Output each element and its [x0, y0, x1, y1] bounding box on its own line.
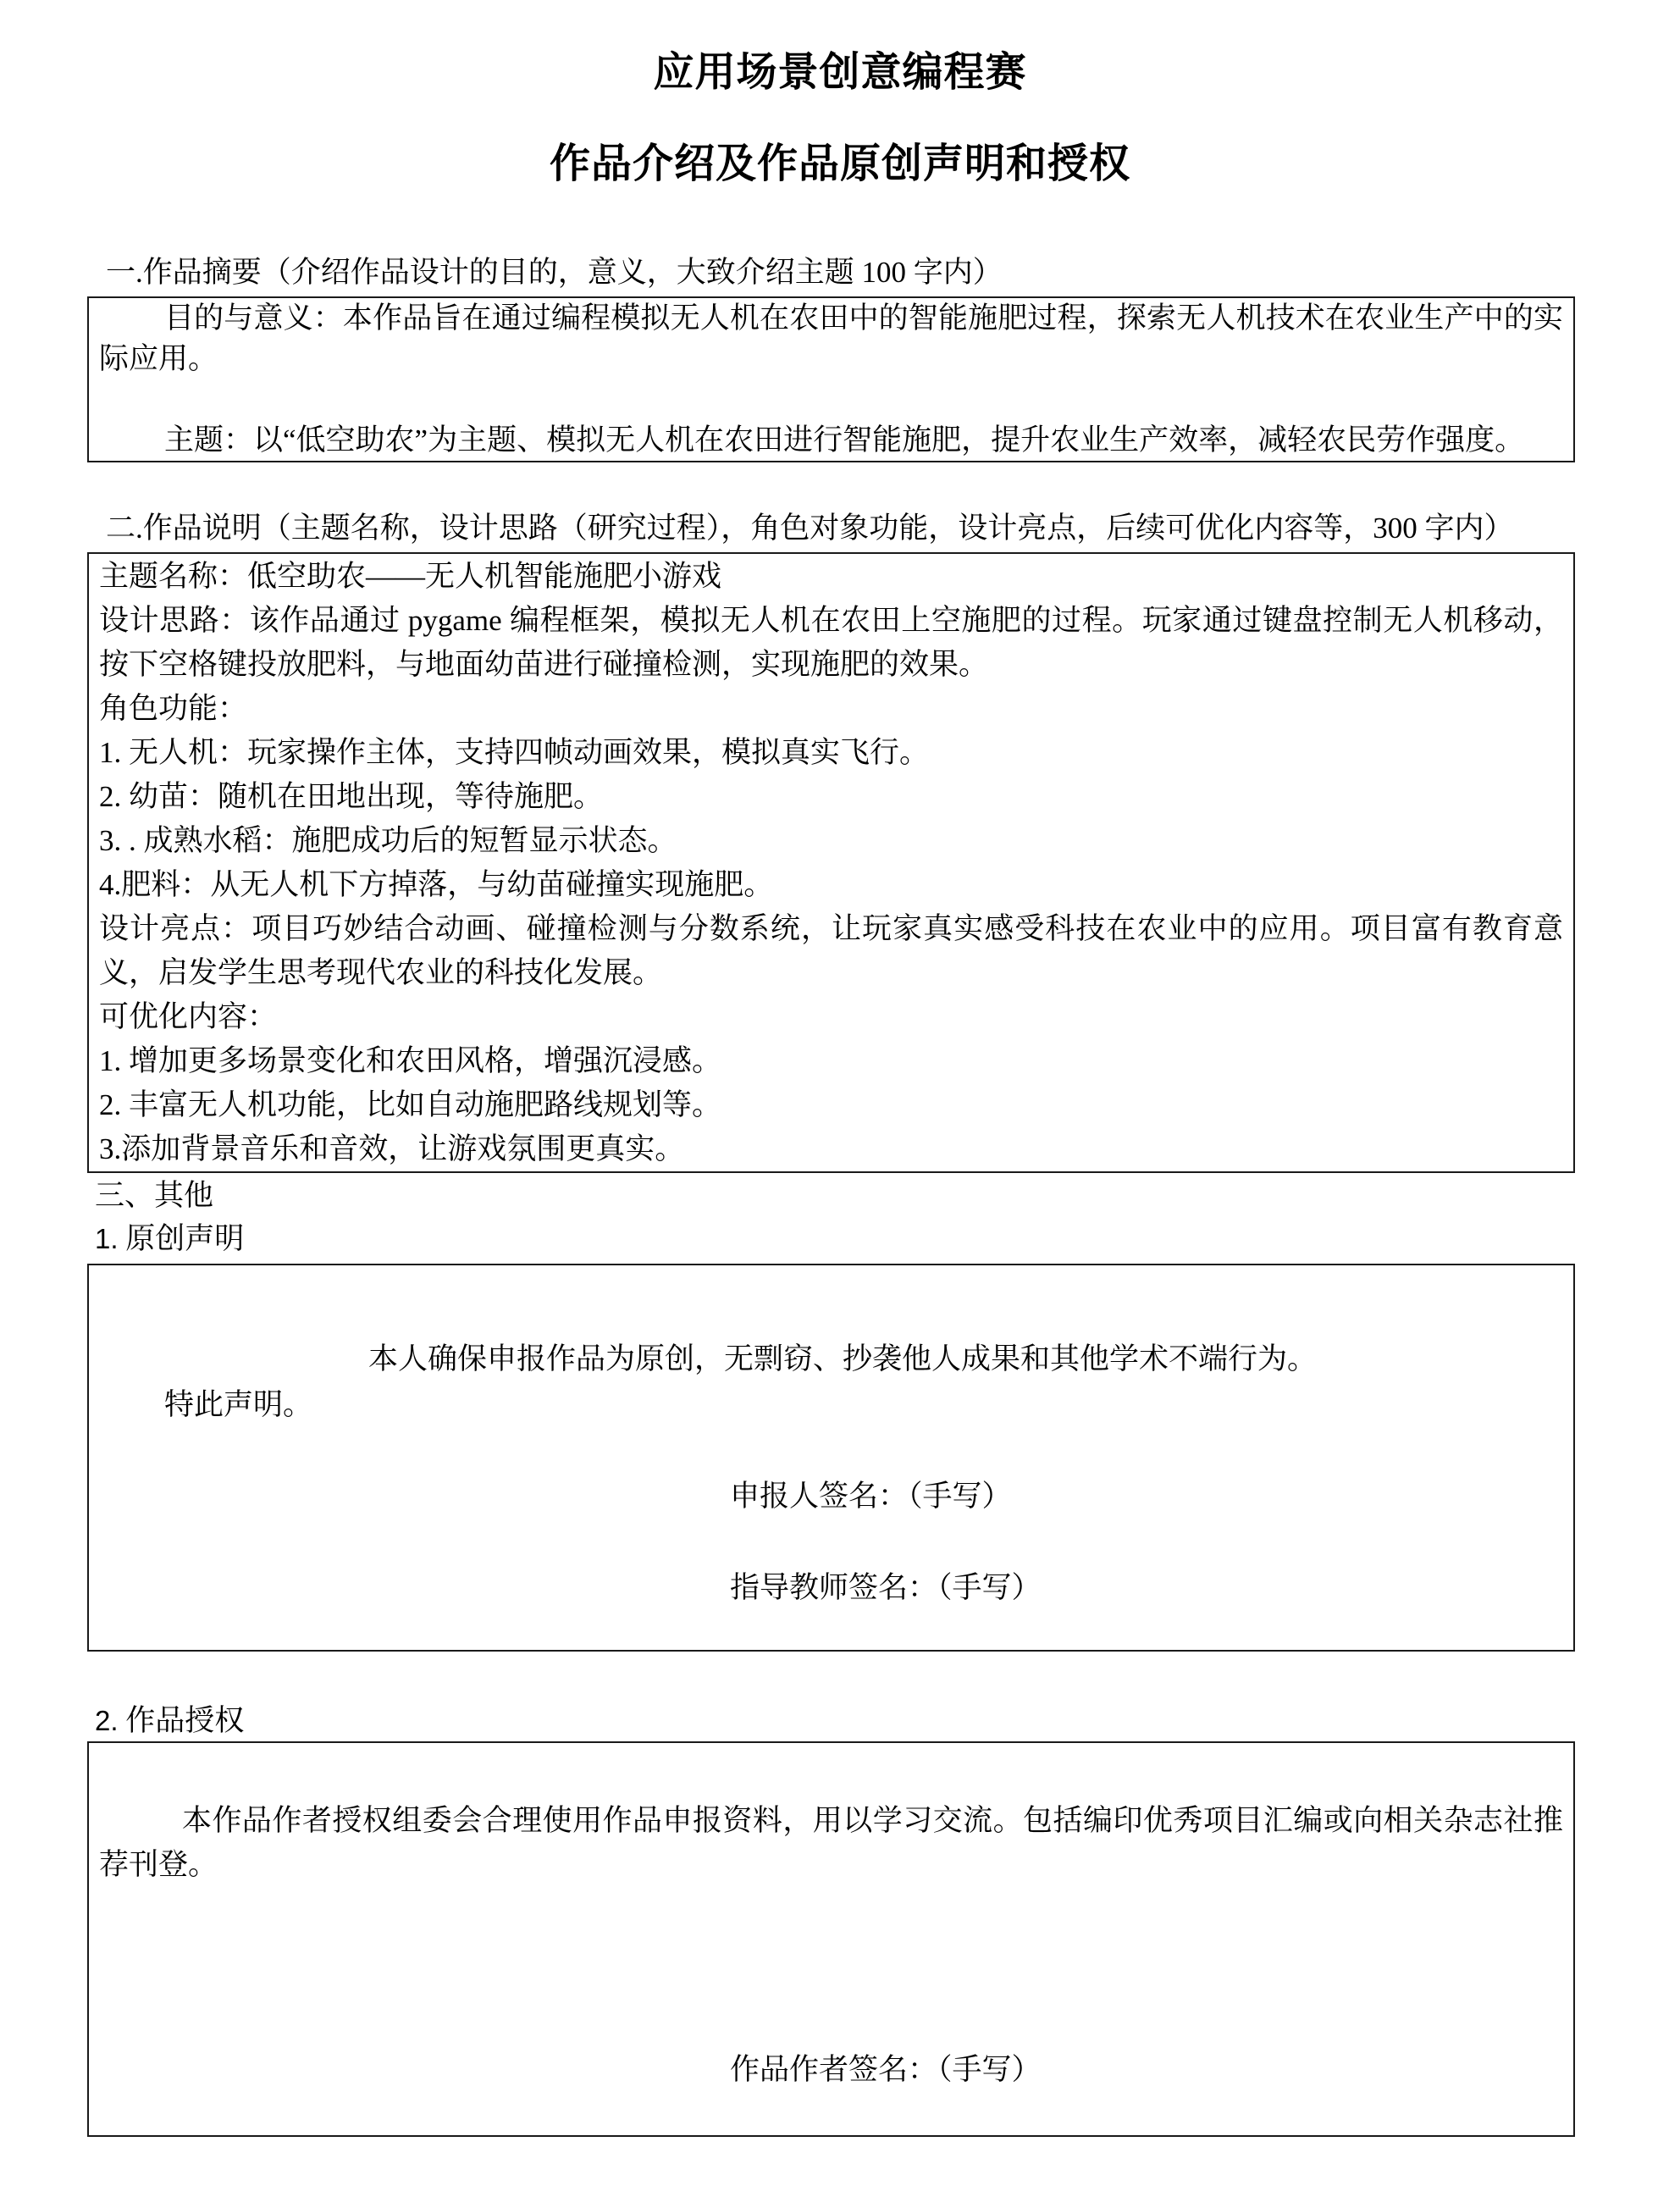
- blank-space: [99, 1887, 1563, 2048]
- page-subtitle: 作品介绍及作品原创声明和授权: [0, 141, 1680, 188]
- teacher-signature-line: 指导教师签名：（手写）: [99, 1565, 1563, 1611]
- blank-line: [99, 379, 1563, 420]
- applicant-signature-line: 申报人签名：（手写）: [99, 1474, 1563, 1519]
- description-roles-heading: 角色功能：: [99, 687, 1563, 731]
- description-role-item-1: 1. 无人机：玩家操作主体，支持四帧动画效果，模拟真实飞行。: [99, 731, 1563, 775]
- section-abstract-heading: 一.作品摘要（介绍作品设计的目的，意义，大致介绍主题 100 字内）: [106, 254, 1003, 291]
- document-page: 应用场景创意编程赛 作品介绍及作品原创声明和授权 一.作品摘要（介绍作品设计的目…: [0, 0, 1680, 2197]
- blank-line: [99, 1755, 1563, 1799]
- originality-declaration-box: 本人确保申报作品为原创，无剽窃、抄袭他人成果和其他学术不端行为。 特此声明。 申…: [87, 1264, 1575, 1652]
- description-optimization-item-3: 3.添加背景音乐和音效，让游戏氛围更真实。: [99, 1127, 1563, 1171]
- abstract-box: 目的与意义：本作品旨在通过编程模拟无人机在农田中的智能施肥过程，探索无人机技术在…: [87, 296, 1575, 462]
- originality-item-number: 1.: [95, 1223, 119, 1254]
- description-optimization-item-1: 1. 增加更多场景变化和农田风格，增强沉浸感。: [99, 1039, 1563, 1083]
- originality-item-text: 原创声明: [125, 1222, 244, 1255]
- authorization-statement: 本作品作者授权组委会合理使用作品申报资料，用以学习交流。包括编印优秀项目汇编或向…: [99, 1799, 1563, 1887]
- blank-line: [99, 1428, 1563, 1474]
- section-other-heading: 三、其他: [95, 1177, 213, 1215]
- originality-item-label: 1. 原创声明: [95, 1220, 244, 1258]
- authorization-box: 本作品作者授权组委会合理使用作品申报资料，用以学习交流。包括编印优秀项目汇编或向…: [87, 1741, 1575, 2137]
- description-role-item-3: 3. . 成熟水稻：施肥成功后的短暂显示状态。: [99, 819, 1563, 863]
- section-description-heading: 二.作品说明（主题名称，设计思路（研究过程），角色对象功能，设计亮点，后续可优化…: [106, 510, 1514, 547]
- description-optimization-item-2: 2. 丰富无人机功能，比如自动施肥路线规划等。: [99, 1083, 1563, 1127]
- description-role-item-4: 4.肥料：从无人机下方掉落，与幼苗碰撞实现施肥。: [99, 863, 1563, 907]
- description-theme-name-paragraph: 主题名称：低空助农——无人机智能施肥小游戏: [99, 555, 1563, 599]
- description-role-item-2: 2. 幼苗：随机在田地出现，等待施肥。: [99, 775, 1563, 819]
- blank-line: [99, 1519, 1563, 1565]
- abstract-purpose-paragraph: 目的与意义：本作品旨在通过编程模拟无人机在农田中的智能施肥过程，探索无人机技术在…: [99, 298, 1563, 379]
- abstract-theme-paragraph: 主题：以“低空助农”为主题、模拟无人机在农田进行智能施肥，提升农业生产效率，减轻…: [99, 420, 1563, 461]
- description-optimization-heading: 可优化内容：: [99, 995, 1563, 1039]
- description-box: 主题名称：低空助农——无人机智能施肥小游戏 设计思路：该作品通过 pygame …: [87, 552, 1575, 1173]
- description-design-idea-paragraph: 设计思路：该作品通过 pygame 编程框架，模拟无人机在农田上空施肥的过程。玩…: [99, 599, 1563, 687]
- description-highlights-paragraph: 设计亮点：项目巧妙结合动画、碰撞检测与分数系统，让玩家真实感受科技在农业中的应用…: [99, 907, 1563, 995]
- authorization-item-label: 2. 作品授权: [95, 1702, 244, 1740]
- declaration-statement: 本人确保申报作品为原创，无剽窃、抄袭他人成果和其他学术不端行为。: [99, 1336, 1563, 1382]
- authorization-item-text: 作品授权: [125, 1704, 244, 1737]
- author-signature-line: 作品作者签名：（手写）: [99, 2048, 1563, 2092]
- page-title: 应用场景创意编程赛: [0, 49, 1680, 97]
- authorization-item-number: 2.: [95, 1705, 119, 1736]
- declaration-closing: 特此声明。: [99, 1382, 1563, 1428]
